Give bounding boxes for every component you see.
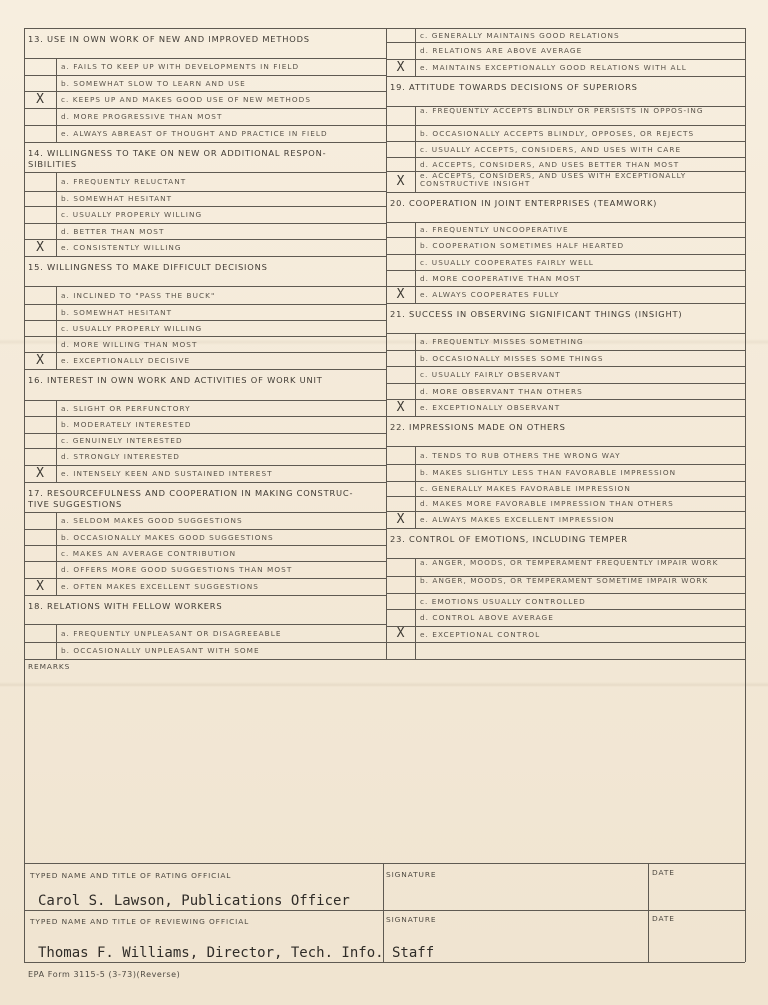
rule-line [386, 416, 745, 417]
rating-date-field[interactable] [650, 878, 744, 908]
rule-line [386, 222, 745, 223]
rule-line [386, 303, 745, 304]
rule-line [24, 336, 386, 337]
rule-line [24, 239, 386, 240]
rating-signature-field[interactable] [383, 880, 645, 908]
rule-line [24, 863, 745, 864]
rule-line [386, 659, 745, 660]
section-16-title: 16. INTEREST IN OWN WORK AND ACTIVITIES … [28, 375, 382, 386]
section-19-option-d: d. ACCEPTS, CONSIDERS, AND USES BETTER T… [420, 160, 740, 169]
section-13-option-c: c. KEEPS UP AND MAKES GOOD USE OF NEW ME… [61, 95, 381, 104]
rule-line [56, 239, 57, 256]
remarks-field[interactable] [25, 672, 745, 862]
section-23-title: 23. CONTROL OF EMOTIONS, INCLUDING TEMPE… [390, 534, 741, 545]
rule-line [24, 416, 386, 417]
rule-line [415, 593, 416, 609]
rating-signature-label: SIGNATURE [386, 870, 436, 879]
rule-line [415, 399, 416, 416]
rule-line [415, 446, 416, 464]
rule-line [24, 256, 386, 257]
section-14-e-checkbox[interactable]: X [24, 241, 56, 255]
section-14-option-c: c. USUALLY PROPERLY WILLING [61, 210, 381, 219]
rule-line [24, 433, 386, 434]
rule-line [386, 192, 745, 193]
rule-line [415, 286, 416, 303]
section-20-option-e: e. ALWAYS COOPERATES FULLY [420, 290, 740, 299]
section-18-option-a: a. FREQUENTLY UNPLEASANT OR DISAGREEABLE [61, 629, 381, 638]
section-15-option-a: a. INCLINED TO "PASS THE BUCK" [61, 291, 381, 300]
section-16-option-e: e. INTENSELY KEEN AND SUSTAINED INTEREST [61, 469, 381, 478]
rule-line [24, 910, 745, 911]
section-19-e-checkbox[interactable]: X [386, 175, 415, 189]
section-21-option-e: e. EXCEPTIONALLY OBSERVANT [420, 403, 740, 412]
rule-line [56, 172, 57, 191]
rule-line [56, 642, 57, 659]
form-number: EPA Form 3115-5 (3-73)(Reverse) [28, 970, 180, 979]
rule-line [24, 352, 386, 353]
rule-line [415, 157, 416, 171]
section-16-e-checkbox[interactable]: X [24, 467, 56, 481]
section-22-option-c: c. GENERALLY MAKES FAVORABLE IMPRESSION [420, 484, 740, 493]
rule-line [386, 399, 745, 400]
rule-line [56, 448, 57, 465]
rule-line [56, 223, 57, 239]
rule-line [24, 125, 386, 126]
section-16-option-c: c. GENUINELY INTERESTED [61, 436, 381, 445]
section-20-option-c: c. USUALLY COOPERATES FAIRLY WELL [420, 258, 740, 267]
rule-line [24, 91, 386, 92]
section-13-title: 13. USE IN OWN WORK OF NEW AND IMPROVED … [28, 34, 382, 45]
rule-line [415, 576, 416, 593]
rule-line [386, 141, 745, 142]
rule-line [415, 254, 416, 270]
rule-line [56, 75, 57, 91]
rule-line [386, 28, 387, 659]
rule-line [56, 286, 57, 304]
rule-line [24, 28, 386, 29]
rule-line [415, 481, 416, 496]
section-14-option-e: e. CONSISTENTLY WILLING [61, 243, 381, 252]
section-18-title: 18. RELATIONS WITH FELLOW WORKERS [28, 601, 382, 612]
section-22-title: 22. IMPRESSIONS MADE ON OTHERS [390, 422, 741, 433]
rating-official-label: TYPED NAME AND TITLE OF RATING OFFICIAL [30, 871, 231, 880]
rule-line [415, 28, 416, 42]
section-20-title: 20. COOPERATION IN JOINT ENTERPRISES (TE… [390, 198, 741, 209]
rule-line [24, 624, 386, 625]
section-19-option-e: e. ACCEPTS, CONSIDERS, AND USES WITH EXC… [420, 172, 740, 187]
reviewing-signature-field[interactable] [383, 926, 645, 960]
section-15-option-c: c. USUALLY PROPERLY WILLING [61, 324, 381, 333]
section-21-option-c: c. USUALLY FAIRLY OBSERVANT [420, 370, 740, 379]
rule-line [24, 75, 386, 76]
section-14-option-b: b. SOMEWHAT HESITANT [61, 194, 381, 203]
rule-line [56, 320, 57, 336]
rule-line [24, 642, 386, 643]
section-18-option-b: b. OCCASIONALLY UNPLEASANT WITH SOME [61, 646, 381, 655]
rule-line [415, 237, 416, 254]
rule-line [386, 237, 745, 238]
rule-line [386, 59, 745, 60]
rule-line [415, 558, 416, 576]
remarks-label: REMARKS [28, 662, 70, 671]
section-23-option-e: e. EXCEPTIONAL CONTROL [420, 630, 740, 639]
section-19-option-c: c. USUALLY ACCEPTS, CONSIDERS, AND USES … [420, 145, 740, 154]
rule-line [24, 448, 386, 449]
section-20-option-a: a. FREQUENTLY UNCOOPERATIVE [420, 225, 740, 234]
rule-line [386, 481, 745, 482]
section-13-option-d: d. MORE PROGRESSIVE THAN MOST [61, 112, 381, 121]
section-14-option-a: a. FREQUENTLY RELUCTANT [61, 177, 381, 186]
rule-line [386, 76, 745, 77]
section-17-option-c: c. MAKES AN AVERAGE CONTRIBUTION [61, 549, 381, 558]
section-18-option-e: e. MAINTAINS EXCEPTIONALLY GOOD RELATION… [420, 63, 740, 72]
section-15-title: 15. WILLINGNESS TO MAKE DIFFICULT DECISI… [28, 262, 382, 273]
rule-line [24, 142, 386, 143]
rule-line [386, 350, 745, 351]
reviewing-date-field[interactable] [650, 924, 744, 960]
section-21-e-checkbox[interactable]: X [386, 401, 415, 415]
rule-line [24, 58, 386, 59]
section-17-e-checkbox[interactable]: X [24, 580, 56, 594]
rule-line [415, 626, 416, 642]
rule-line [415, 171, 416, 192]
section-21-option-d: d. MORE OBSERVANT THAN OTHERS [420, 387, 740, 396]
section-22-option-a: a. TENDS TO RUB OTHERS THE WRONG WAY [420, 451, 740, 460]
rule-line [56, 465, 57, 482]
rule-line [386, 609, 745, 610]
rule-line [386, 446, 745, 447]
section-22-option-e: e. ALWAYS MAKES EXCELLENT IMPRESSION [420, 515, 740, 524]
rule-line [24, 223, 386, 224]
rule-line [415, 270, 416, 286]
section-17-title: 17. RESOURCEFULNESS AND COOPERATION IN M… [28, 488, 382, 510]
section-23-option-c: c. EMOTIONS USUALLY CONTROLLED [420, 597, 740, 606]
reviewing-date-label: DATE [652, 914, 675, 923]
rule-line [56, 304, 57, 320]
rule-line [415, 42, 416, 59]
rule-line [56, 578, 57, 595]
rule-line [386, 626, 745, 627]
rule-line [56, 561, 57, 578]
rule-line [24, 286, 386, 287]
section-22-option-b: b. MAKES SLIGHTLY LESS THAN FAVORABLE IM… [420, 468, 740, 477]
rule-line [56, 191, 57, 206]
rule-line [415, 496, 416, 511]
section-15-e-checkbox[interactable]: X [24, 354, 56, 368]
rule-line [24, 172, 386, 173]
rule-line [386, 254, 745, 255]
rule-line [415, 642, 416, 659]
section-13-option-e: e. ALWAYS ABREAST OF THOUGHT AND PRACTIC… [61, 129, 381, 138]
section-13-option-b: b. SOMEWHAT SLOW TO LEARN AND USE [61, 79, 381, 88]
rule-line [56, 336, 57, 352]
section-20-option-d: d. MORE COOPERATIVE THAN MOST [420, 274, 740, 283]
rule-line [386, 157, 745, 158]
rating-official-name[interactable]: Carol S. Lawson, Publications Officer [38, 893, 350, 909]
rule-line [24, 578, 386, 579]
rule-line [24, 561, 386, 562]
section-19-option-b: b. OCCASIONALLY ACCEPTS BLINDLY, OPPOSES… [420, 129, 740, 138]
section-23-option-a: a. ANGER, MOODS, OR TEMPERAMENT FREQUENT… [420, 559, 740, 567]
rule-line [56, 58, 57, 75]
rule-line [386, 125, 745, 126]
rule-line [24, 482, 386, 483]
rule-line [24, 465, 386, 466]
rule-line [24, 512, 386, 513]
rule-line [24, 191, 386, 192]
rule-line [24, 595, 386, 596]
rule-line [386, 528, 745, 529]
rule-line [415, 141, 416, 157]
rule-line [24, 529, 386, 530]
rule-line [386, 496, 745, 497]
rule-line [386, 333, 745, 334]
rule-line [415, 383, 416, 399]
section-20-e-checkbox[interactable]: X [386, 288, 415, 302]
section-17-option-a: a. SELDOM MAKES GOOD SUGGESTIONS [61, 516, 381, 525]
section-14-title: 14. WILLINGNESS TO TAKE ON NEW OR ADDITI… [28, 148, 382, 170]
section-16-option-b: b. MODERATELY INTERESTED [61, 420, 381, 429]
rule-line [24, 400, 386, 401]
rule-line [415, 609, 416, 626]
section-14-option-d: d. BETTER THAN MOST [61, 227, 381, 236]
rule-line [56, 352, 57, 369]
rule-line [386, 286, 745, 287]
rule-line [745, 28, 746, 962]
rule-line [56, 91, 57, 108]
section-15-option-b: b. SOMEWHAT HESITANT [61, 308, 381, 317]
rule-line [56, 512, 57, 529]
section-19-title: 19. ATTITUDE TOWARDS DECISIONS OF SUPERI… [390, 82, 741, 93]
rule-line [24, 659, 386, 660]
rule-line [415, 366, 416, 383]
section-23-option-d: d. CONTROL ABOVE AVERAGE [420, 613, 740, 622]
section-15-option-d: d. MORE WILLING THAN MOST [61, 340, 381, 349]
section-22-option-d: d. MAKES MORE FAVORABLE IMPRESSION THAN … [420, 499, 740, 508]
section-17-option-e: e. OFTEN MAKES EXCELLENT SUGGESTIONS [61, 582, 381, 591]
rule-line [56, 529, 57, 545]
rule-line [648, 863, 649, 962]
section-18-option-c: c. GENERALLY MAINTAINS GOOD RELATIONS [420, 31, 740, 40]
rule-line [56, 433, 57, 448]
section-21-option-b: b. OCCASIONALLY MISSES SOME THINGS [420, 354, 740, 363]
rule-line [415, 350, 416, 366]
section-17-option-d: d. OFFERS MORE GOOD SUGGESTIONS THAN MOS… [61, 565, 381, 574]
section-20-option-b: b. COOPERATION SOMETIMES HALF HEARTED [420, 241, 740, 250]
rule-line [386, 28, 745, 29]
rule-line [415, 511, 416, 528]
rule-line [56, 125, 57, 142]
rule-line [24, 206, 386, 207]
section-22-e-checkbox[interactable]: X [386, 513, 415, 527]
rule-line [56, 400, 57, 416]
rule-line [24, 962, 745, 963]
section-21-title: 21. SUCCESS IN OBSERVING SIGNIFICANT THI… [390, 309, 741, 320]
rule-line [415, 125, 416, 141]
rule-line [24, 304, 386, 305]
rule-line [56, 206, 57, 223]
section-18-option-d: d. RELATIONS ARE ABOVE AVERAGE [420, 46, 740, 55]
section-23-e-checkbox[interactable]: X [386, 627, 415, 641]
section-16-option-a: a. SLIGHT OR PERFUNCTORY [61, 404, 381, 413]
rule-line [386, 366, 745, 367]
section-18-e-checkbox[interactable]: X [386, 61, 415, 75]
rule-line [415, 106, 416, 125]
rule-line [24, 369, 386, 370]
rule-line [415, 222, 416, 237]
rule-line [56, 545, 57, 561]
section-19-option-a: a. FREQUENTLY ACCEPTS BLINDLY OR PERSIST… [420, 107, 740, 115]
section-15-option-e: e. EXCEPTIONALLY DECISIVE [61, 356, 381, 365]
rule-line [415, 59, 416, 76]
section-23-option-b: b. ANGER, MOODS, OR TEMPERAMENT SOMETIME… [420, 577, 740, 585]
rule-line [56, 624, 57, 642]
reviewing-signature-label: SIGNATURE [386, 915, 436, 924]
rule-line [386, 383, 745, 384]
rule-line [386, 270, 745, 271]
section-17-option-b: b. OCCASIONALLY MAKES GOOD SUGGESTIONS [61, 533, 381, 542]
rule-line [386, 42, 745, 43]
section-16-option-d: d. STRONGLY INTERESTED [61, 452, 381, 461]
section-21-option-a: a. FREQUENTLY MISSES SOMETHING [420, 337, 740, 346]
rule-line [386, 593, 745, 594]
rule-line [56, 108, 57, 125]
rule-line [415, 333, 416, 350]
rating-date-label: DATE [652, 868, 675, 877]
rule-line [386, 511, 745, 512]
rule-line [415, 464, 416, 481]
reviewing-official-name[interactable]: Thomas F. Williams, Director, Tech. Info… [38, 945, 434, 961]
rule-line [386, 464, 745, 465]
section-13-option-a: a. FAILS TO KEEP UP WITH DEVELOPMENTS IN… [61, 62, 381, 71]
section-13-c-checkbox[interactable]: X [24, 93, 56, 107]
rule-line [24, 320, 386, 321]
rule-line [24, 545, 386, 546]
rule-line [24, 108, 386, 109]
rule-line [56, 416, 57, 433]
reviewing-official-label: TYPED NAME AND TITLE OF REVIEWING OFFICI… [30, 917, 249, 926]
rule-line [386, 642, 745, 643]
